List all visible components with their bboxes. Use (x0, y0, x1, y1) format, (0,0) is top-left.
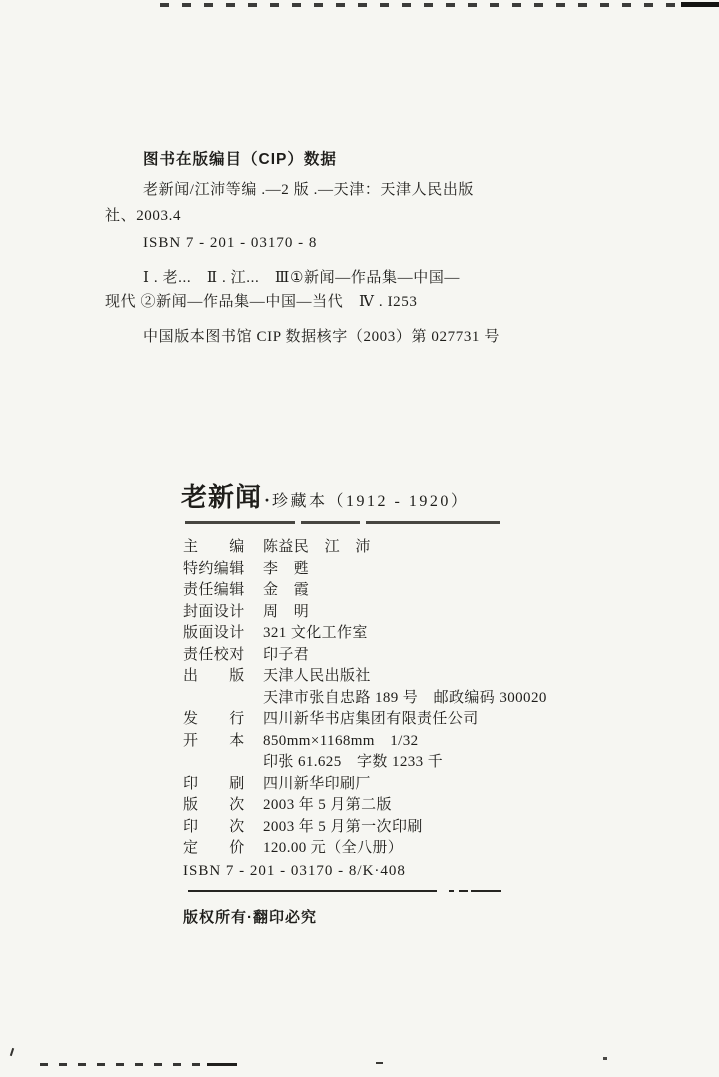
scan-speck (603, 1057, 607, 1060)
colophon-value: 天津人民出版社 (263, 666, 371, 688)
colophon-value: 李 甦 (263, 559, 309, 581)
colophon-row-special-editor: 特约编辑 李 甦 (183, 559, 547, 581)
colophon-label: 责任校对 (183, 645, 247, 667)
colophon-label: 出 版 (183, 666, 247, 688)
colophon-row-sheets-wordcount: 印张 61.625 字数 1233 千 (183, 752, 547, 774)
colophon-label: 主 编 (183, 537, 247, 559)
colophon-row-printer: 印 刷 四川新华印刷厂 (183, 774, 547, 796)
colophon-label: 版 次 (183, 795, 247, 817)
scan-artifact-bottom-solid (207, 1063, 237, 1066)
scan-speck (10, 1048, 14, 1056)
title-separator-dot: · (262, 490, 272, 511)
cip-entry-line1: 老新闻/江沛等编 .—2 版 .—天津：天津人民出版 (143, 178, 474, 199)
colophon-value: 天津市张自忠路 189 号 邮政编码 300020 (263, 688, 547, 710)
copyright-page: 图书在版编目（CIP）数据 老新闻/江沛等编 .—2 版 .—天津：天津人民出版… (0, 0, 719, 1077)
colophon-value: 2003 年 5 月第二版 (263, 795, 392, 817)
colophon-value: 四川新华书店集团有限责任公司 (263, 709, 479, 731)
colophon-label: 责任编辑 (183, 580, 247, 602)
colophon-label: 印 次 (183, 817, 247, 839)
colophon-value: 850mm×1168mm 1/32 (263, 731, 419, 753)
colophon-label: 特约编辑 (183, 559, 247, 581)
colophon-label: 开 本 (183, 731, 247, 753)
colophon-label: 发 行 (183, 709, 247, 731)
scan-artifact-top-right (681, 2, 719, 7)
colophon-value: 金 霞 (263, 580, 309, 602)
colophon-value: 陈益民 江 沛 (263, 537, 371, 559)
colophon-label: 版面设计 (183, 623, 247, 645)
colophon-label (183, 688, 247, 710)
colophon-row-format: 开 本 850mm×1168mm 1/32 (183, 731, 547, 753)
cip-classification-line1: Ⅰ . 老... Ⅱ . 江... Ⅲ①新闻—作品集—中国— (143, 266, 460, 287)
colophon-row-cover-design: 封面设计 周 明 (183, 602, 547, 624)
colophon-value: 印子君 (263, 645, 309, 667)
cip-heading: 图书在版编目（CIP）数据 (143, 147, 337, 169)
colophon-label (183, 752, 247, 774)
colophon-isbn-line: ISBN 7 - 201 - 03170 - 8/K·408 (183, 861, 547, 883)
colophon-table: 主 编 陈益民 江 沛 特约编辑 李 甦 责任编辑 金 霞 封面设计 周 明 版… (183, 537, 547, 882)
colophon-row-distributor: 发 行 四川新华书店集团有限责任公司 (183, 709, 547, 731)
colophon-row-edition: 版 次 2003 年 5 月第二版 (183, 795, 547, 817)
book-subtitle: 珍藏本（1912 - 1920） (272, 488, 469, 511)
colophon-row-price: 定 价 120.00 元（全八册） (183, 838, 547, 860)
cip-entry-line2: 社、2003.4 (105, 204, 181, 225)
book-title: 老新闻 · 珍藏本（1912 - 1920） (181, 477, 469, 514)
cip-registry-number: 中国版本图书馆 CIP 数据核字（2003）第 027731 号 (143, 325, 500, 346)
colophon-row-responsible-editor: 责任编辑 金 霞 (183, 580, 547, 602)
copyright-notice: 版权所有·翻印必究 (183, 906, 317, 927)
cip-isbn: ISBN 7 - 201 - 03170 - 8 (143, 235, 317, 252)
book-title-main: 老新闻 (181, 477, 262, 514)
colophon-value: 120.00 元（全八册） (263, 838, 403, 860)
colophon-label: 印 刷 (183, 774, 247, 796)
colophon-value: 2003 年 5 月第一次印刷 (263, 817, 423, 839)
cip-classification-line2: 现代 ②新闻—作品集—中国—当代 Ⅳ . I253 (105, 290, 417, 311)
colophon-row-publisher: 出 版 天津人民出版社 (183, 666, 547, 688)
bottom-rule-fragment (449, 890, 454, 892)
colophon-row-printing: 印 次 2003 年 5 月第一次印刷 (183, 817, 547, 839)
colophon-label: 封面设计 (183, 602, 247, 624)
scan-artifact-bottom-dashes (40, 1063, 208, 1066)
colophon-label: 定 价 (183, 838, 247, 860)
colophon-value: 周 明 (263, 602, 309, 624)
scan-artifact-top-dashes (160, 3, 683, 7)
bottom-rule-fragment (471, 890, 501, 892)
scan-speck (376, 1062, 383, 1064)
colophon-value: 四川新华印刷厂 (263, 774, 371, 796)
colophon-row-layout-design: 版面设计 321 文化工作室 (183, 623, 547, 645)
colophon-value: 印张 61.625 字数 1233 千 (263, 752, 443, 774)
colophon-value: 321 文化工作室 (263, 623, 368, 645)
bottom-rule (188, 890, 437, 892)
colophon-row-chief-editor: 主 编 陈益民 江 沛 (183, 537, 547, 559)
title-underline-rule (185, 521, 500, 524)
colophon-row-publisher-address: 天津市张自忠路 189 号 邮政编码 300020 (183, 688, 547, 710)
bottom-rule-fragment (459, 890, 468, 892)
colophon-row-proofreader: 责任校对 印子君 (183, 645, 547, 667)
